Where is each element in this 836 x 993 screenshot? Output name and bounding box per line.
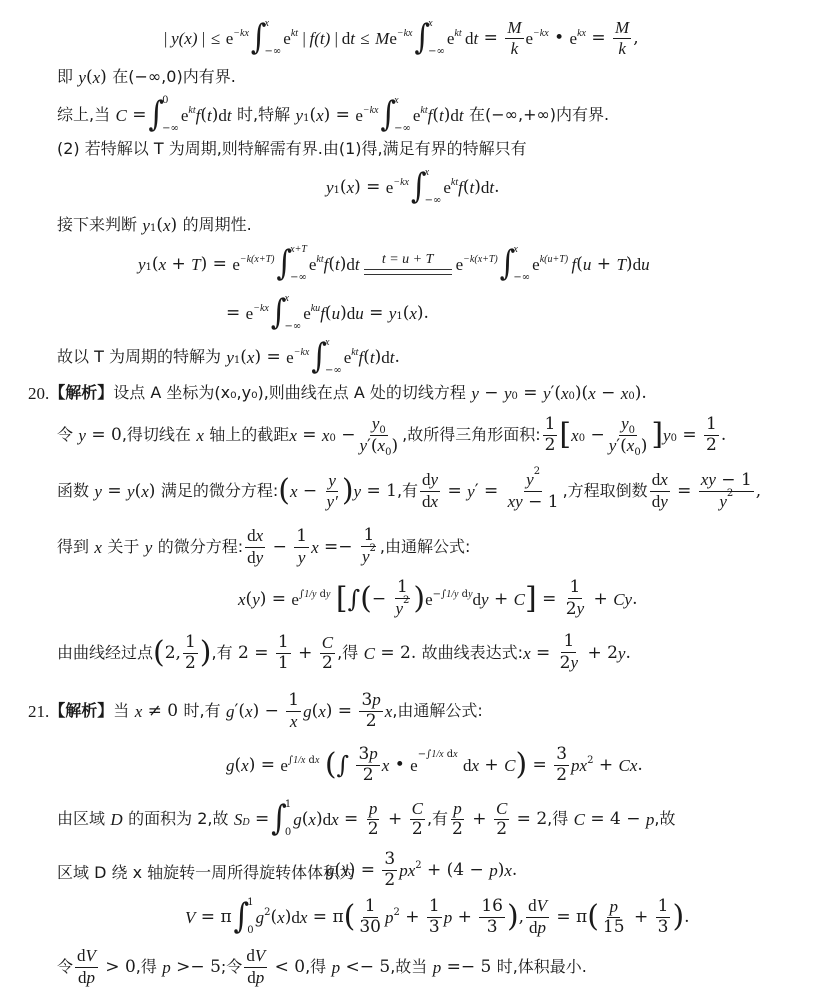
- integral-sign: ∫x−∞: [500, 245, 530, 283]
- eq-x-of-y-ode: 得到 x 关于 y 的微分方程: dxdy − 1yx =− 1y2,由通解公式…: [57, 522, 470, 572]
- text-bounded-negative: 即 y(x) 在(−∞,0)内有界.: [57, 66, 236, 88]
- integral-sign: ∫x−∞: [411, 168, 441, 206]
- integral-sign: ∫10: [271, 800, 291, 838]
- integral-sign: ∫x−∞: [415, 19, 445, 57]
- text-summary-bounded: 综上,当 C = ∫0−∞ ektf(t)dt 时,特解 y1(x) = e−k…: [57, 92, 609, 138]
- text-part2-intro: (2) 若特解以 T 为周期,则特解需有界.由(1)得,满足有界的特解只有: [57, 138, 527, 160]
- text-volume-intro: 区域 D 绕 x 轴旋转一周所得旋转体体积为: [57, 862, 355, 884]
- eq-general-solution-x: x(y) = e∫1/y dy [∫(− 1y2)e−∫1/y dydy + C…: [238, 574, 637, 624]
- q20-intro: 20.【解析】设点 A 坐标为(x₀,y₀),则曲线在点 A 处的切线方程 y …: [28, 382, 647, 404]
- eq-periodicity-substitution: y1(x + T) = e−k(x+T) ∫x+T−∞ ektf(t)dt t …: [138, 240, 650, 288]
- integral-sign: ∫x−∞: [251, 19, 281, 57]
- integral-sign: ∫x−∞: [271, 294, 301, 332]
- jiexi-label: 【解析】: [49, 385, 113, 401]
- eq-triangle-area: 令 y = 0,得切线在 x 轴上的截距x = x0 − y0y′(x0),故所…: [57, 410, 726, 460]
- text-check-periodicity: 接下来判断 y1(x) 的周期性.: [57, 214, 252, 236]
- integral-sign: ∫10: [234, 898, 254, 936]
- eq-general-solution-g: g(x) = e∫1/x dx (∫ 3p2x • e−∫1/x dx dx +…: [226, 740, 643, 790]
- eq-curve-expression: 由曲线经过点(2,12),有 2 = 11 + C2,得 C = 2. 故曲线表…: [57, 628, 631, 678]
- eq-periodicity-result: = e−kx ∫x−∞ ekuf(u)du = y1(x).: [226, 290, 429, 336]
- integral-sign: ∫x−∞: [311, 338, 341, 376]
- text-periodic-solution: 故以 T 为周期的特解为 y1(x) = e−kx ∫x−∞ ektf(t)dt…: [57, 334, 400, 380]
- eq-volume: V = π ∫10 g2(x)dx = π(130p2 + 13p + 163)…: [185, 892, 690, 942]
- integral-sign: ∫x−∞: [380, 96, 410, 134]
- integral-sign: ∫0−∞: [149, 96, 179, 134]
- jiexi-label: 【解析】: [49, 703, 113, 719]
- substitution-equals: t = u + T: [364, 253, 452, 275]
- integral-sign: ∫x+T−∞: [276, 245, 306, 283]
- eq-area-condition: 由区域 D 的面积为 2,故 SD = ∫10 g(x)dx = p2 + C2…: [57, 794, 676, 844]
- text-volume-minimum: 令dVdp > 0,得 p >− 5;令 dVdp < 0,得 p <− 5,故…: [57, 942, 587, 992]
- eq-bounded-particular-solution: y1(x) = e−kx ∫x−∞ ektf(t)dt.: [326, 164, 499, 210]
- eq-bound-estimate: | y(x) | ≤ e−kx ∫x−∞ ekt | f(t) | dt ≤ M…: [163, 14, 639, 62]
- q21-intro: 21.【解析】当 x ≠ 0 时,有 g′(x) − 1xg(x) = 3p2x…: [28, 686, 483, 736]
- eq-differential-equation: 函数 y = y(x) 满足的微分方程: (x − yy′)y = 1,有 dy…: [57, 466, 761, 516]
